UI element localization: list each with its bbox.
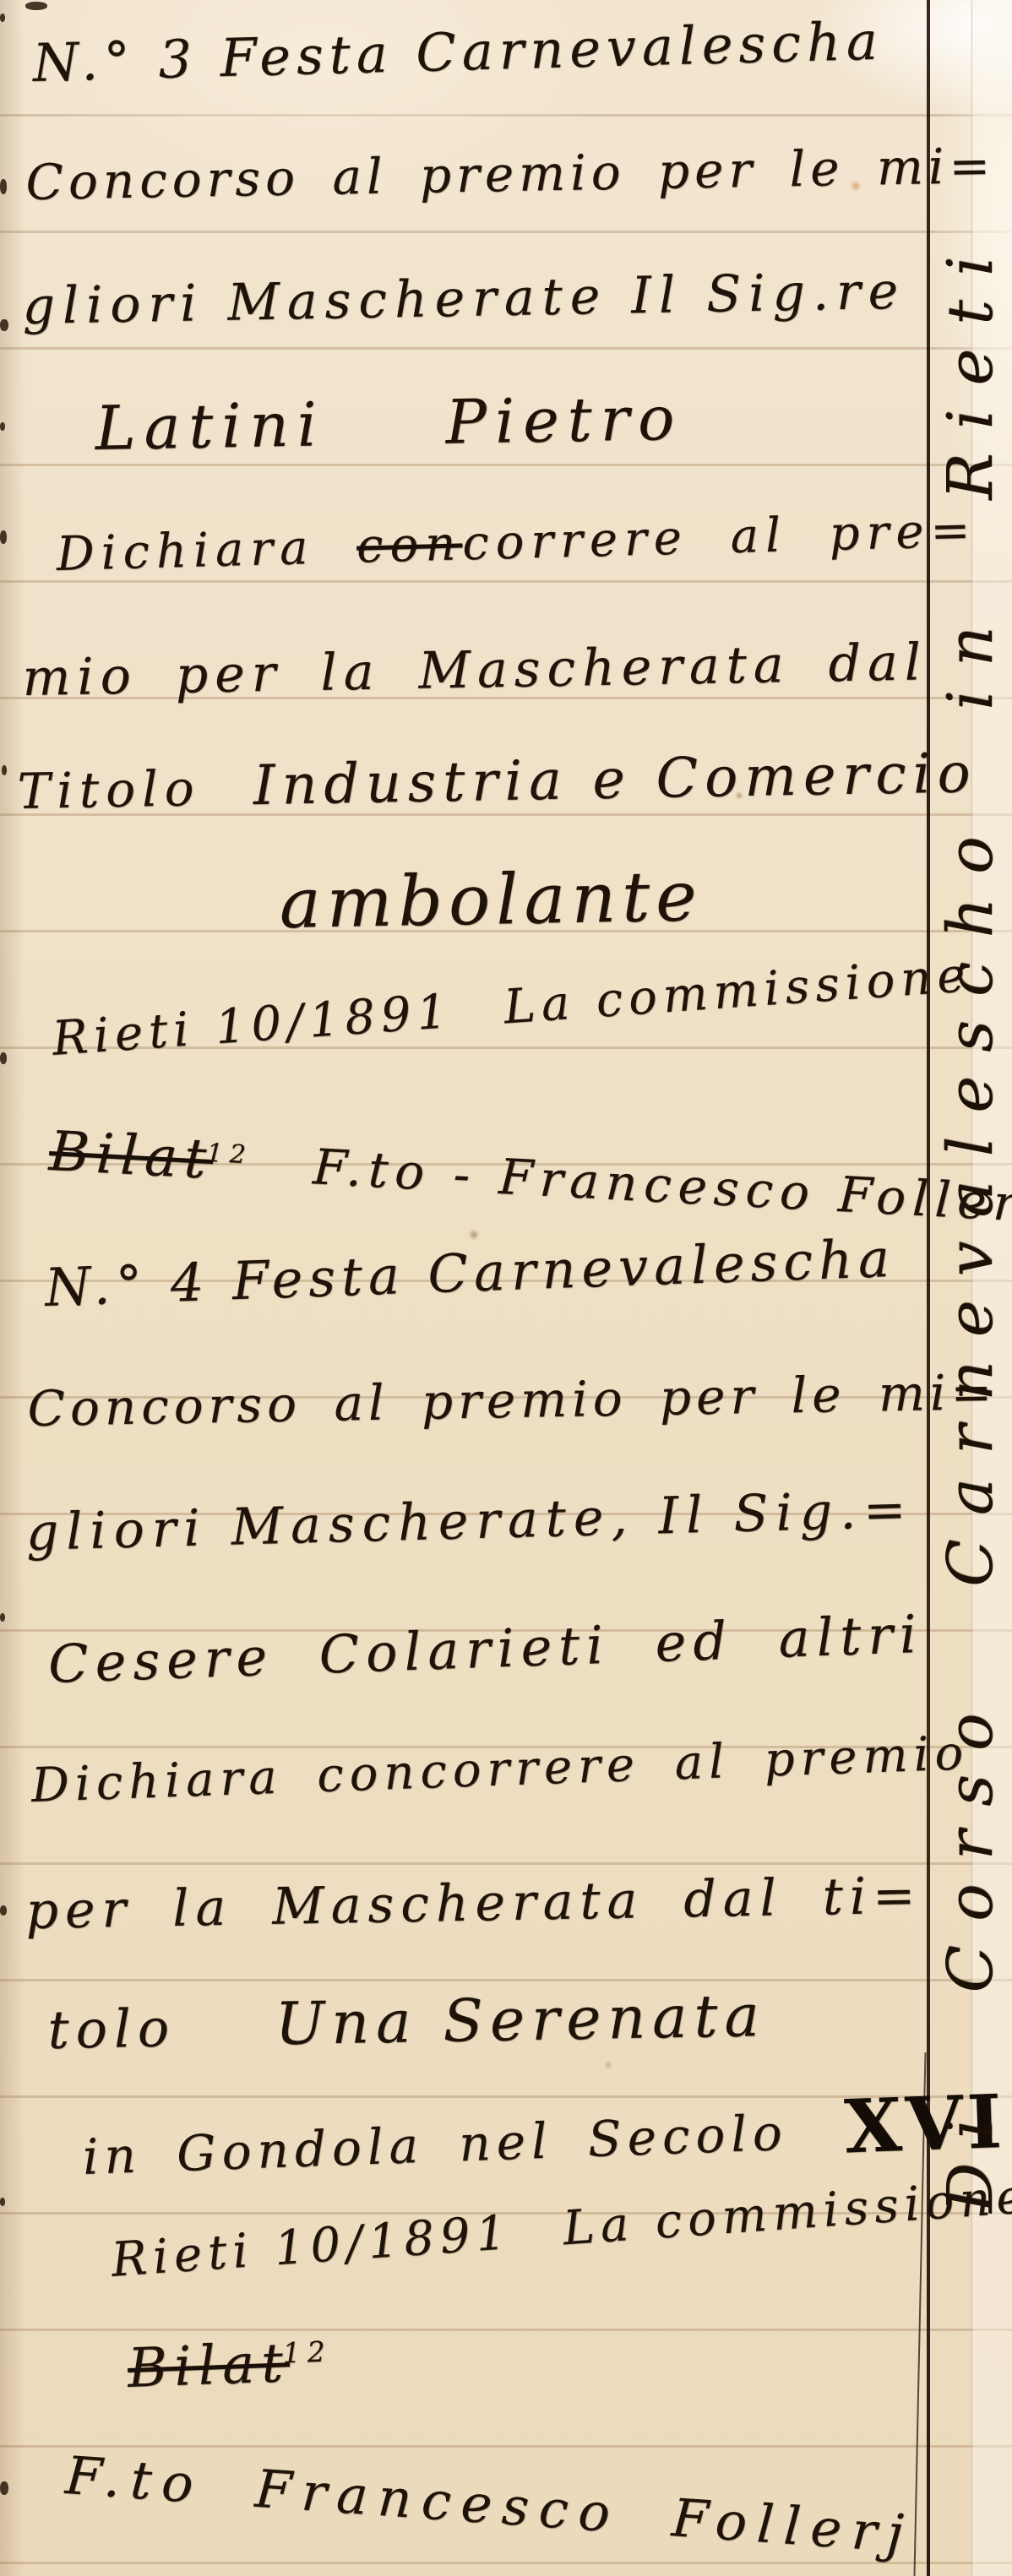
entry4-line-concorso: Concorso al premio per le mi= [27,1367,998,1435]
paper-speck [0,2481,8,2495]
entry4-line-gondola: in Gondola nel Secolo XVI [81,2078,1007,2187]
entry3-signature-line: Bilat12 F.to - Francesco Follerj [47,1123,1012,1233]
entry3-line-concorso: Concorso al premio per le mi= [25,140,996,209]
entry4-titolo-label: tolo [47,1997,177,2061]
entry4-line-titolo: tolo Una Serenata [47,1986,766,2060]
paper-speck [2,765,7,775]
entry4-line-number-title: N.° 4 Festa Carnevalescha [44,1231,896,1315]
paper-speck [0,1905,7,1916]
paper-speck [0,1052,7,1064]
entry4-line-mascherate: gliori Mascherate, Il Sig.= [25,1483,914,1559]
paper-speck [25,2,47,10]
entry3-crossed-out-signature: Bilat [47,1120,215,1192]
manuscript-page: N.° 3 Festa Carnevalescha Concorso al pr… [0,0,1012,2576]
paper-speck [0,422,5,431]
paper-speck [0,14,5,22]
entry3-line-ambolante: ambolante [279,861,703,941]
entry4-signature: F.to Francesco Follerj [63,2448,915,2562]
paper-speck [0,1613,5,1622]
entry4-declarant-name: Cesere Colarieti ed altri [47,1606,924,1692]
entry3-dichiara-rest: correre al pre= [461,503,977,571]
entry3-titolo-label: Titolo [17,759,201,820]
paper-speck [0,179,7,194]
entry4-gondola-text: in Gondola nel Secolo [82,2104,789,2186]
entry3-signature-superscript: 12 [206,1139,253,1171]
entry3-place-date: Rieti 10/1891 [51,984,454,1067]
entry4-line-date-commission: Rieti 10/1891 La commissione [110,2172,1012,2286]
entry4-crossed-signature-line: Bilat12 [127,2334,341,2398]
entry3-line-titolo: Titolo Industria e Comercio [17,745,977,819]
entry3-line-date-commission: Rieti 10/1891 La commissione [51,951,972,1065]
entry4-signature-superscript: 12 [282,2335,333,2370]
entry3-line-number-title: N.° 3 Festa Carnevalescha [32,14,884,90]
entry3-commission-label: La commissione [502,948,972,1035]
entry3-mask-title: Industria e Comercio [253,742,977,818]
entry4-mask-title: Una Serenata [275,1982,766,2058]
paper-speck [0,319,8,331]
margin-note-vertical: Di Corso Carnevalescho in Rieti [934,186,1007,2213]
entry4-line-mascherata-dal: per la Mascherata dal ti= [25,1869,922,1938]
paper-speck [0,2198,5,2206]
entry3-line-mascherata-dal: mio per la Mascherata dal [22,636,928,705]
entry4-place-date: Rieti 10/1891 [110,2205,514,2288]
entry3-signature: F.to - Francesco Follerj [312,1138,1012,1233]
entry3-struck-word: con [356,516,463,573]
entry4-line-dichiara: Dichiara concorrere al premio [30,1729,970,1812]
entry4-crossed-out-signature: Bilat [127,2332,291,2400]
paper-speck [0,530,7,544]
entry3-line-mascherate: gliori Mascherate Il Sig.re [22,265,906,334]
entry3-line-dichiara: Dichiara concorrere al pre= [56,506,977,579]
entry3-declarant-name: Latini Pietro [95,387,683,461]
entry3-dichiara-text: Dichiara [56,520,315,582]
